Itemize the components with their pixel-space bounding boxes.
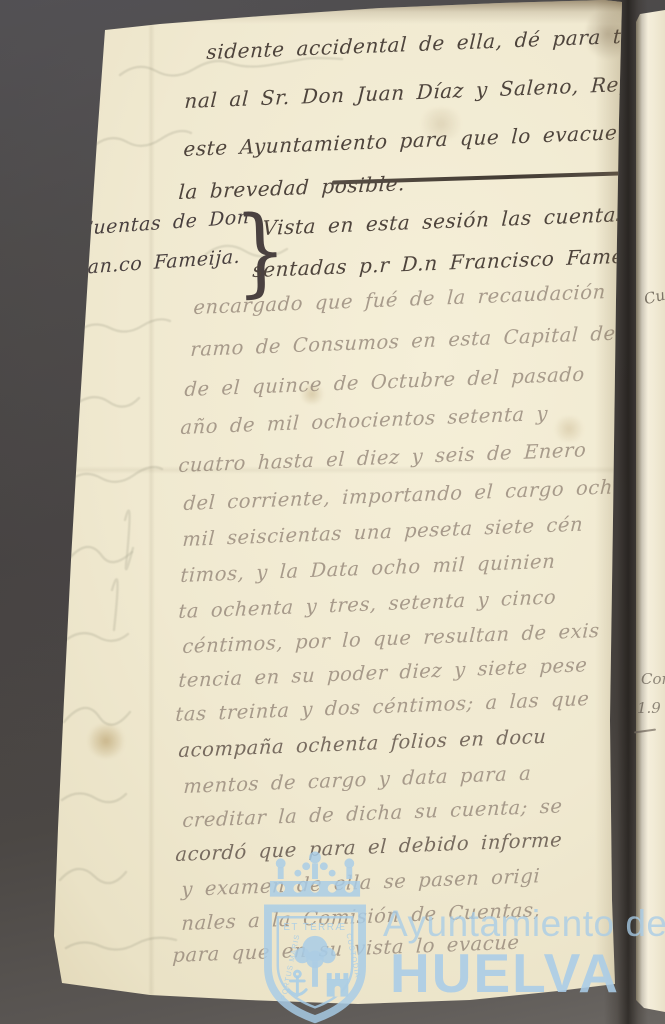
handwritten-line: ta ochenta y tres, setenta y cinco (178, 587, 557, 621)
handwritten-line: para que en su vista lo evacue (172, 933, 520, 966)
handwritten-line: acordó que para el debido informe (175, 830, 563, 864)
handwritten-line: de el quince de Octubre del pasado (184, 365, 585, 400)
handwritten-line: sidente accidental de ella, dé para todo… (206, 22, 665, 62)
photograph-of-manuscript: Cu Con 1.9 (0, 0, 665, 1024)
handwritten-line: tencia en su poder diez y siete pese (178, 655, 588, 690)
handwritten-line: año de mil ochocientos setenta y (180, 404, 549, 438)
handwritten-line: cuatro hasta el diez y seis de Enero (178, 440, 587, 475)
handwritten-line: timos, y la Data ocho mil quinien (180, 552, 556, 586)
handwritten-line: mentos de cargo y data para a (183, 764, 532, 797)
handwritten-line: mil seiscientas una peseta siete cén (182, 515, 584, 550)
margin-note-line: Fran.co Fameija. (64, 248, 241, 279)
handwritten-line: del corriente, importando el cargo ocho (183, 477, 626, 514)
handwritten-line: nal al Sr. Don Juan Díaz y Saleno, Regid… (184, 71, 665, 111)
handwritten-line: Vista en esta sesión las cuentas pre (262, 202, 665, 238)
handwritten-line: este Ayuntamiento para que lo evacue a (183, 121, 642, 159)
ink-stain (85, 724, 127, 758)
handwritten-line: creditar la de dicha su cuenta; se (182, 796, 563, 830)
handwritten-line: nales a la Comisión de Cuentas, (181, 900, 541, 933)
handwritten-line: ramo de Consumos en esta Capital des (190, 323, 627, 359)
handwritten-line: sentadas p.r D.n Francisco Fameija como (252, 242, 665, 280)
margin-note-line: Cuentas de Don (78, 208, 250, 239)
handwritten-line: acompaña ochenta folios en docu (178, 727, 547, 761)
handwritten-line: tas treinta y dos céntimos; a las que (175, 689, 590, 724)
handwritten-line: y examen de ella se pasen origi (181, 866, 541, 899)
handwritten-line: la brevedad posible. (178, 173, 406, 202)
manuscript-page: sidente accidental de ella, dé para todo… (0, 0, 665, 1024)
handwritten-line: céntimos, por lo que resultan de exis (182, 621, 600, 657)
